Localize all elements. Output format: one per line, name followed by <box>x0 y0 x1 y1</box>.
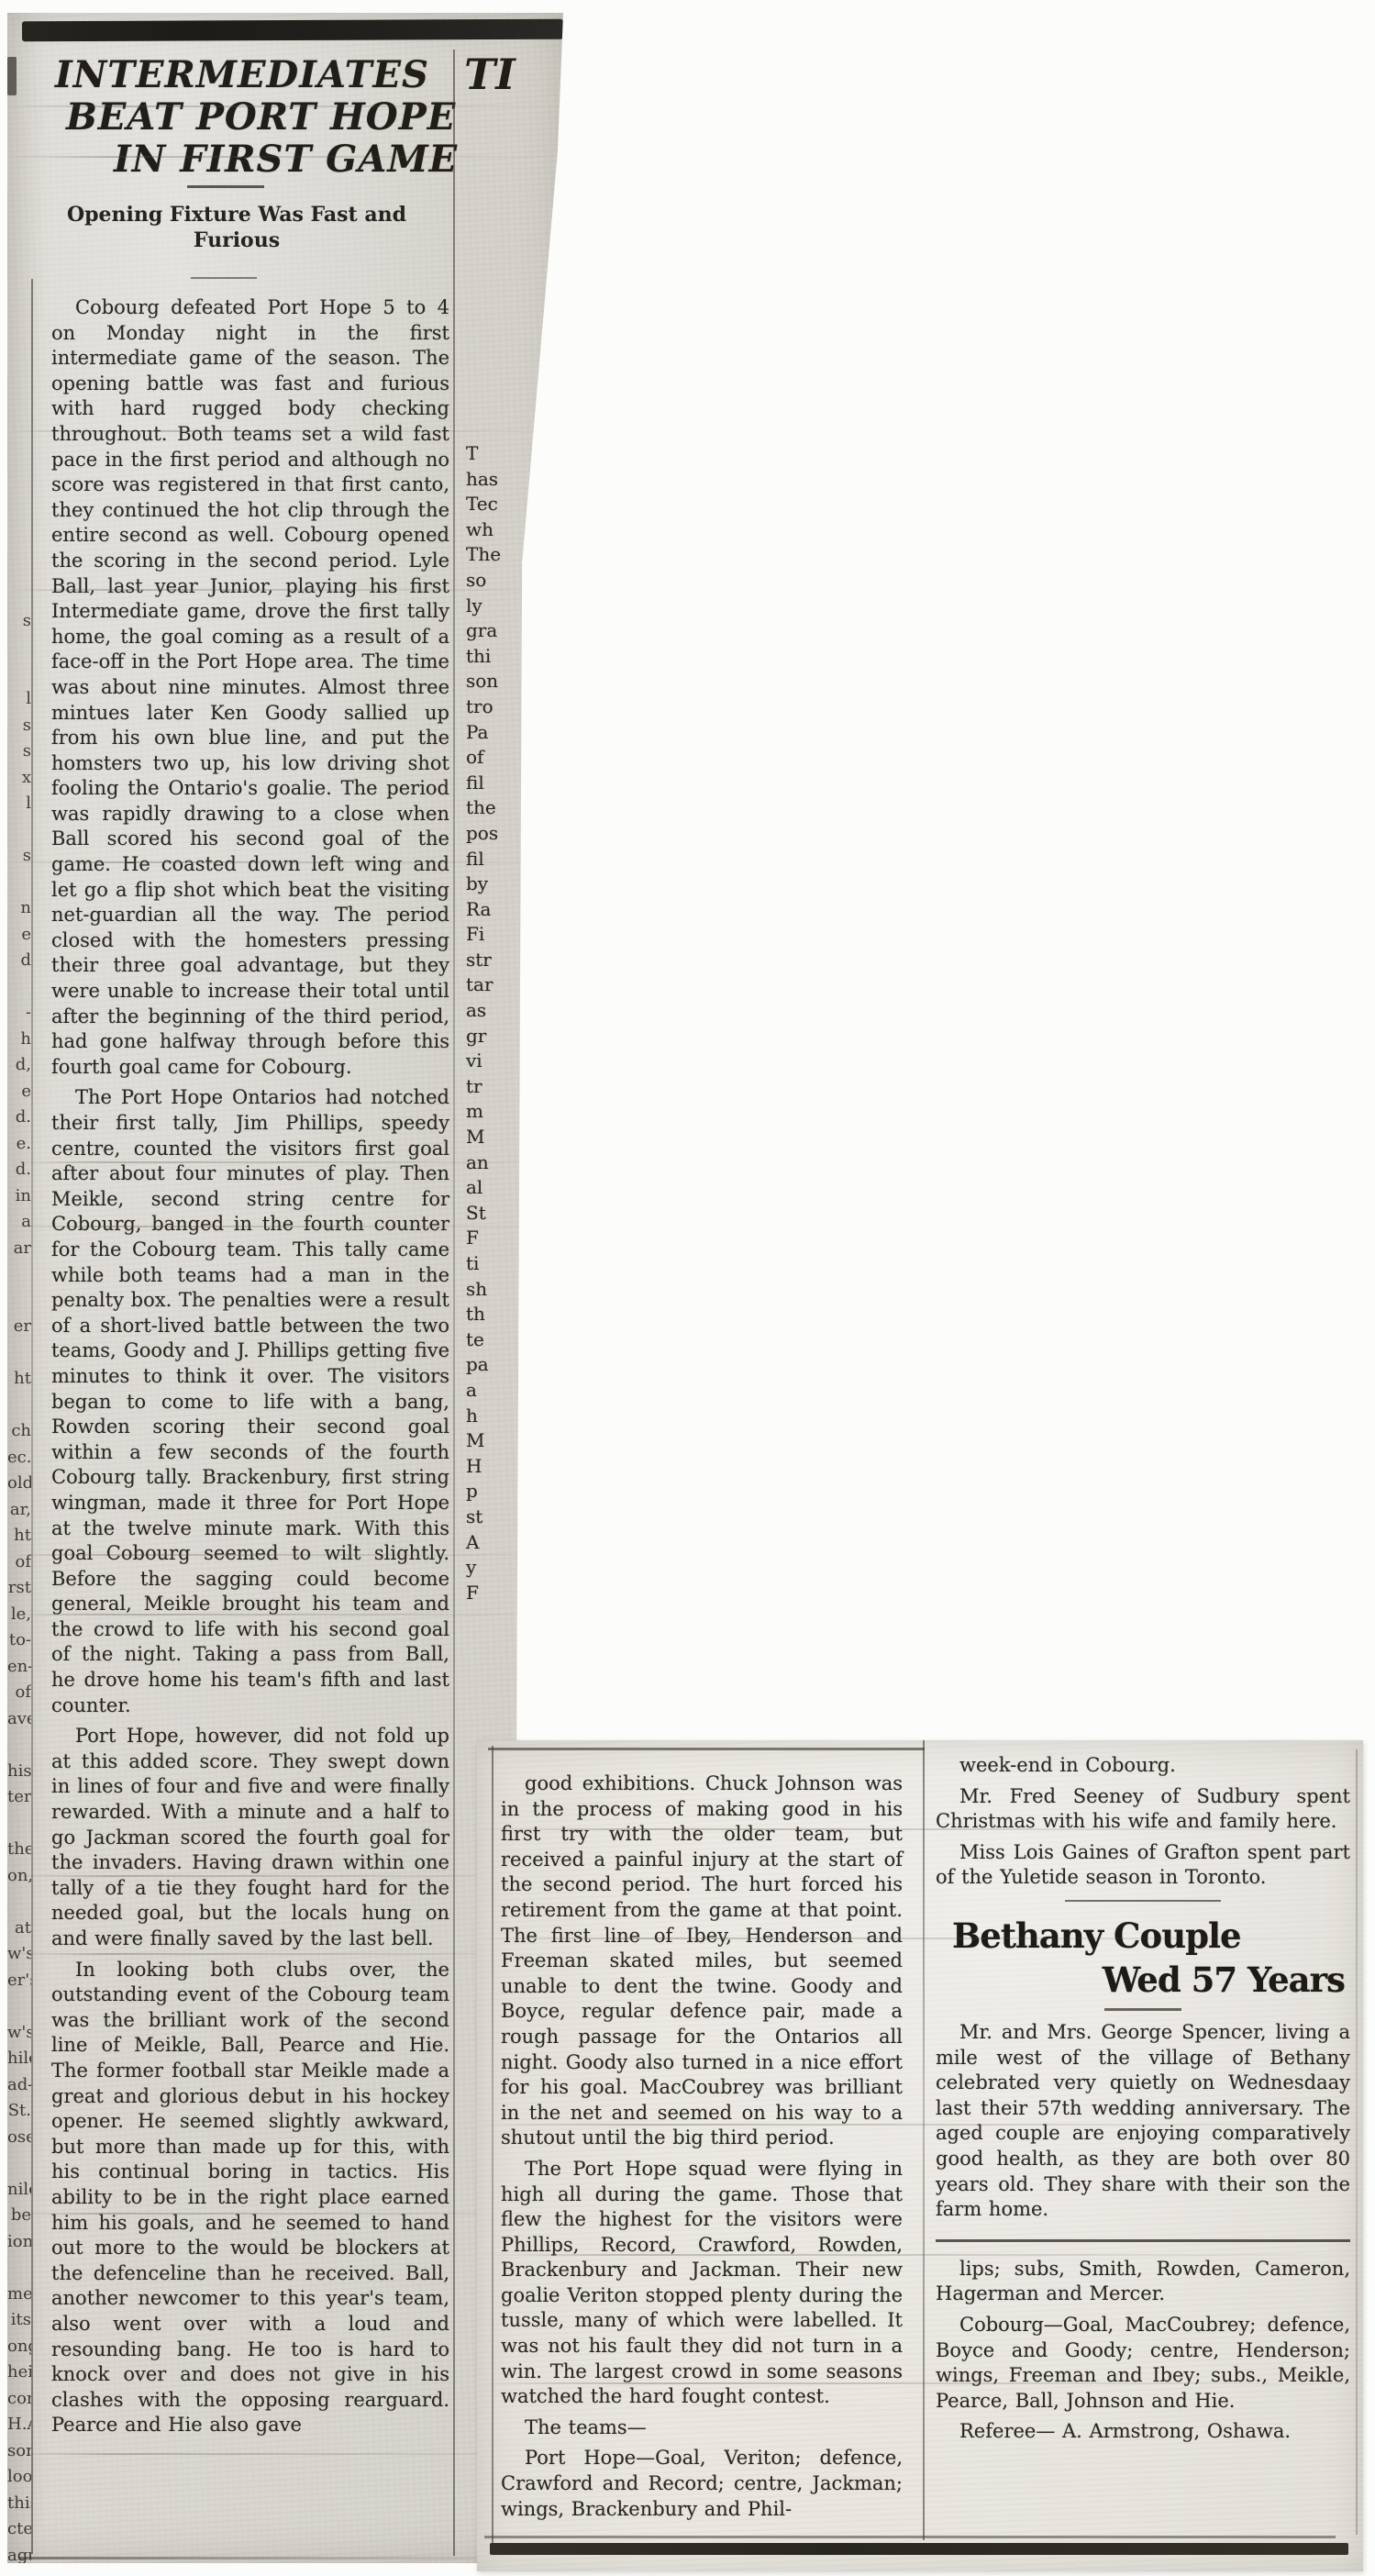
article-body-column: Cobourg defeated Port Hope 5 to 4 on Mon… <box>51 295 449 2444</box>
cut-text-fragment <box>7 663 31 690</box>
cut-text-fragment <box>7 1264 31 1291</box>
article-paragraph: The Port Hope squad were flying in high … <box>501 2157 903 2410</box>
cut-text-fragment: er's <box>7 1971 31 1997</box>
cut-text-fragment: M <box>466 1126 567 1151</box>
cut-text-fragment: w's <box>7 2023 31 2049</box>
ink-smudge <box>7 57 17 95</box>
adjacent-headline-fragment: TI <box>464 50 516 99</box>
cut-text-fragment: son <box>466 670 567 695</box>
cut-text-fragment: ht <box>7 1526 31 1552</box>
hockey-headline-line-2: BEAT PORT HOPE <box>66 95 456 139</box>
cut-text-fragment: a <box>7 1212 31 1238</box>
cut-text-fragment: e <box>7 925 31 951</box>
cut-text-fragment: mes <box>7 2284 31 2311</box>
cut-text-fragment: fil <box>466 848 567 873</box>
cut-text-fragment <box>7 1814 31 1840</box>
cut-text-fragment <box>7 637 31 663</box>
cut-text-fragment <box>7 559 31 585</box>
cut-text-fragment: ht <box>7 1369 31 1395</box>
cut-text-fragment: on, <box>7 1866 31 1893</box>
subheadline-line-2: Furious <box>44 228 429 253</box>
cut-text-fragment: T <box>466 442 567 468</box>
cut-text-fragment: s <box>7 741 31 768</box>
cut-text-fragment: nile <box>7 2180 31 2206</box>
hockey-continuation-column: good exhibitions. Chuck Johnson was in t… <box>501 1771 903 2527</box>
social-note-paragraph: Miss Lois Gaines of Grafton spent part o… <box>936 1840 1350 1891</box>
scan-bottom-edge-bar <box>490 2543 1348 2555</box>
cut-text-fragment: thi <box>466 645 567 671</box>
cut-text-fragment: rst <box>7 1578 31 1604</box>
cut-text-fragment: ave <box>7 1709 31 1736</box>
cut-text-fragment: F <box>466 1227 567 1252</box>
cut-text-fragment: to- <box>7 1630 31 1657</box>
cut-text-fragment: St <box>466 1202 567 1227</box>
cut-text-fragment: er <box>7 1316 31 1343</box>
teams-paragraph: Referee— A. Armstrong, Oshawa. <box>936 2419 1350 2445</box>
cut-text-fragment: e. <box>7 1134 31 1160</box>
cut-text-fragment: old <box>7 1473 31 1500</box>
cut-text-fragment: con- <box>7 2389 31 2415</box>
cut-text-fragment: the <box>7 1839 31 1866</box>
column-rule-left <box>31 279 33 2554</box>
cut-text-fragment: l <box>7 794 31 820</box>
cut-text-fragment: st <box>466 1505 567 1531</box>
cut-text-fragment: of <box>466 746 567 772</box>
cut-text-fragment: its <box>7 2310 31 2337</box>
cut-text-fragment <box>7 454 31 481</box>
cut-text-fragment: e <box>7 1082 31 1108</box>
cut-text-fragment: ec. <box>7 1448 31 1474</box>
cut-text-fragment: Fi <box>466 923 567 949</box>
cut-text-fragment: by <box>466 872 567 898</box>
cut-text-fragment: tar <box>466 973 567 999</box>
article-paragraph: In looking both clubs over, the outstand… <box>51 1958 449 2438</box>
cut-text-fragment: sh <box>466 1278 567 1304</box>
cut-text-fragment <box>7 2258 31 2284</box>
hockey-headline-line-1: INTERMEDIATES <box>55 53 429 96</box>
cut-text-fragment: y <box>466 1556 567 1582</box>
teams-paragraph: lips; subs, Smith, Rowden, Cameron, Hage… <box>936 2257 1350 2307</box>
cut-text-fragment: as <box>466 999 567 1025</box>
cut-text-fragment: heir <box>7 2362 31 2389</box>
cut-text-fragment <box>7 1892 31 1918</box>
cut-text-fragment: tr <box>466 1075 567 1101</box>
cut-text-fragment: H <box>466 1455 567 1481</box>
cut-text-fragment: son. <box>7 2441 31 2468</box>
cut-text-fragment: fil <box>466 772 567 797</box>
social-note-paragraph: week-end in Cobourg. <box>936 1753 1350 1779</box>
column-divider-rule <box>923 1740 925 2540</box>
cut-text-fragment: gr <box>466 1025 567 1050</box>
cut-text-fragment: ong <box>7 2337 31 2363</box>
cut-text-fragment: be <box>7 2205 31 2232</box>
article-paragraph: The Port Hope Ontarios had notched their… <box>51 1085 449 1718</box>
right-column: week-end in Cobourg.Mr. Fred Seeney of S… <box>936 1753 1350 2450</box>
scan-bottom-line <box>484 2536 1336 2538</box>
cut-text-fragment: th <box>466 1303 567 1328</box>
cut-text-fragment <box>7 1291 31 1317</box>
cut-text-fragment: le, <box>7 1604 31 1631</box>
cut-text-fragment: in <box>7 1186 31 1213</box>
cut-text-fragment: wh <box>466 518 567 544</box>
cut-text-fragment: te <box>466 1328 567 1354</box>
left-margin-cut-fragments: s lssxl s ned -hd,ed.e.d.inaar er ht che… <box>7 427 31 2571</box>
cut-text-fragment <box>7 506 31 533</box>
cut-text-fragment <box>7 977 31 1004</box>
cut-text-fragment: vi <box>466 1049 567 1075</box>
cut-text-fragment: so <box>466 569 567 594</box>
cut-text-fragment: gra <box>466 619 567 645</box>
cut-text-fragment: h <box>466 1405 567 1430</box>
subheadline-line-1: Opening Fixture Was Fast and <box>44 202 429 228</box>
column-rule-right <box>453 50 455 2556</box>
article-paragraph: Port Hope—Goal, Veriton; defence, Crawfo… <box>501 2446 903 2522</box>
cut-text-fragment: ter <box>7 1787 31 1814</box>
cut-text-fragment: of <box>7 1552 31 1579</box>
subheadline: Opening Fixture Was Fast and Furious <box>44 202 429 253</box>
cut-text-fragment: pa <box>466 1353 567 1379</box>
section-divider-rule <box>1065 1900 1221 1902</box>
clipping-right-rule <box>1356 1749 1358 2535</box>
cut-text-fragment: F <box>466 1582 567 1607</box>
cut-text-fragment: s <box>7 846 31 872</box>
headline-divider-rule <box>187 185 264 188</box>
cut-text-fragment: ad- <box>7 2075 31 2102</box>
cut-text-fragment <box>7 584 31 611</box>
social-note-paragraph: Mr. Fred Seeney of Sudbury spent Christm… <box>936 1784 1350 1835</box>
cut-text-fragment: ague <box>7 2546 31 2572</box>
cut-text-fragment <box>7 532 31 559</box>
hockey-headline-line-3: IN FIRST GAME <box>114 138 458 181</box>
cut-text-fragment: l <box>7 689 31 716</box>
cut-text-fragment: p <box>466 1480 567 1505</box>
cut-text-fragment: w's <box>7 1944 31 1971</box>
cut-text-fragment: d <box>7 950 31 977</box>
cut-text-fragment: a <box>466 1379 567 1405</box>
cut-text-fragment: m <box>466 1100 567 1126</box>
cut-text-fragment: d, <box>7 1055 31 1082</box>
cut-text-fragment: x <box>7 768 31 794</box>
cut-text-fragment: pos <box>466 822 567 848</box>
cut-text-fragment: ar <box>7 1238 31 1265</box>
bethany-article-paragraph: Mr. and Mrs. George Spencer, living a mi… <box>936 2020 1350 2223</box>
cut-text-fragment <box>7 480 31 506</box>
social-notes: week-end in Cobourg.Mr. Fred Seeney of S… <box>936 1753 1350 1891</box>
bethany-headline-line-1: Bethany Couple <box>952 1915 1350 1957</box>
teams-continuation: lips; subs, Smith, Rowden, Cameron, Hage… <box>936 2257 1350 2445</box>
cut-text-fragment: ch <box>7 1421 31 1448</box>
cut-text-fragment: this <box>7 2493 31 2520</box>
cut-text-fragment: cted <box>7 2519 31 2546</box>
cut-text-fragment: ti <box>466 1252 567 1278</box>
article-paragraph: Cobourg defeated Port Hope 5 to 4 on Mon… <box>51 295 449 1080</box>
cut-text-fragment: ly <box>466 594 567 620</box>
article-paragraph: good exhibitions. Chuck Johnson was in t… <box>501 1771 903 2151</box>
cut-text-fragment: s <box>7 611 31 638</box>
cut-text-fragment: hile <box>7 2049 31 2075</box>
cut-text-fragment: ose <box>7 2127 31 2154</box>
cut-text-fragment: has <box>466 468 567 494</box>
cut-text-fragment <box>7 1343 31 1370</box>
heavy-divider-rule <box>936 2239 1350 2242</box>
teams-paragraph: Cobourg—Goal, MacCoubrey; defence, Boyce… <box>936 2313 1350 2414</box>
cut-text-fragment: d. <box>7 1160 31 1186</box>
cut-text-fragment: St. <box>7 2101 31 2127</box>
adjacent-column-fragments: ThasTecwhThesolygrathisontroPaoffilthepo… <box>466 442 567 1606</box>
cut-text-fragment: H.A. <box>7 2415 31 2441</box>
cut-text-fragment: an <box>466 1151 567 1177</box>
continuation-paragraphs: good exhibitions. Chuck Johnson was in t… <box>501 1771 903 2522</box>
cut-text-fragment: en- <box>7 1657 31 1683</box>
bethany-headline-line-2: Wed 57 Years <box>936 1959 1345 2001</box>
cut-text-fragment: loop <box>7 2467 31 2493</box>
cut-text-fragment: his <box>7 1761 31 1788</box>
cut-text-fragment: s <box>7 716 31 742</box>
headline-divider-rule <box>1104 2008 1181 2011</box>
cut-text-fragment <box>7 872 31 899</box>
cut-text-fragment: ar, <box>7 1500 31 1527</box>
cut-text-fragment <box>7 820 31 847</box>
cut-text-fragment: d. <box>7 1107 31 1134</box>
cut-text-fragment <box>7 1395 31 1422</box>
clipping-left-rule <box>492 1746 493 2544</box>
article-paragraph: The teams— <box>501 2415 903 2441</box>
cut-text-fragment <box>7 1996 31 2023</box>
cut-text-fragment: - <box>7 1003 31 1029</box>
continuation-and-bethany-clipping: good exhibitions. Chuck Johnson was in t… <box>477 1740 1363 2571</box>
cut-text-fragment: A <box>466 1531 567 1557</box>
cut-text-fragment: Pa <box>466 721 567 747</box>
cut-text-fragment: of <box>7 1682 31 1709</box>
clipping-top-edge <box>488 1748 925 1750</box>
cut-text-fragment: The <box>466 543 567 569</box>
cut-text-fragment <box>7 2153 31 2180</box>
newspaper-scan-page: { "colors": { "page_bg": "#fcfcfb", "pap… <box>0 0 1375 2576</box>
article-paragraph: Port Hope, however, did not fold up at t… <box>51 1724 449 1951</box>
cut-text-fragment: h <box>7 1029 31 1056</box>
cut-text-fragment: tro <box>466 695 567 721</box>
cut-text-fragment <box>7 427 31 454</box>
cut-text-fragment: al <box>466 1176 567 1202</box>
cut-text-fragment: str <box>466 949 567 974</box>
cut-text-fragment: at <box>7 1918 31 1945</box>
cut-text-fragment: Tec <box>466 493 567 518</box>
scan-top-edge-bar <box>22 19 563 42</box>
cut-text-fragment: ion. <box>7 2232 31 2259</box>
subhead-divider-rule <box>191 277 257 279</box>
cut-text-fragment: n <box>7 898 31 925</box>
cut-text-fragment: Ra <box>466 898 567 924</box>
cut-text-fragment <box>7 1735 31 1761</box>
cut-text-fragment: the <box>466 796 567 822</box>
cut-text-fragment: M <box>466 1429 567 1455</box>
